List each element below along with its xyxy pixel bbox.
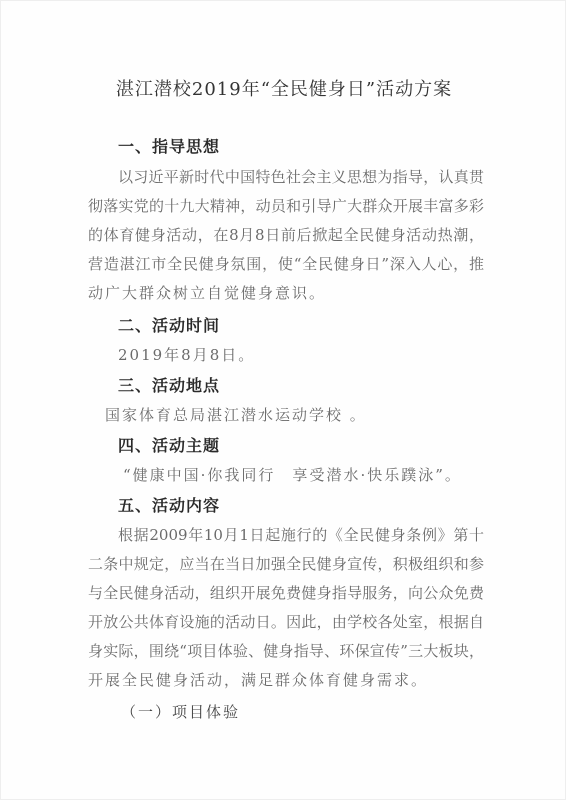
activity-location: 国家体育总局湛江潜水运动学校 。	[105, 404, 501, 425]
section-heading-activity-content: 五、活动内容	[118, 493, 220, 516]
paragraph-line: 彻落实党的十九大精神，动员和引导广大群众开展丰富多彩	[88, 195, 484, 216]
subheading-project-experience: （一）项目体验	[121, 701, 240, 722]
paragraph-line: 二条中规定，应当在当日加强全民健身宣传，积极组织和参	[88, 553, 484, 574]
paragraph-line: 身实际，围绕“项目体验、健身指导、环保宣传”三大板块，	[88, 640, 484, 661]
paragraph-line: 根据2009年10月1日起施行的《全民健身条例》第十	[118, 524, 484, 545]
paragraph-line: 营造湛江市全民健身氛围，使“全民健身日”深入人心，推	[88, 253, 484, 274]
section-heading-activity-time: 二、活动时间	[118, 313, 220, 336]
paragraph-line: 与全民健身活动，组织开展免费健身指导服务，向公众免费	[88, 582, 484, 603]
document-title: 湛江潜校2019年“全民健身日”活动方案	[1, 75, 566, 101]
section-heading-guiding-ideology: 一、指导思想	[118, 134, 220, 157]
paragraph-line: 开展全民健身活动，满足群众体育健身需求。	[88, 669, 484, 690]
activity-date: 2019年8月8日。	[118, 344, 484, 365]
activity-theme: “健康中国·你我同行 享受潜水·快乐蹼泳”。	[123, 464, 489, 485]
section-heading-activity-location: 三、活动地点	[118, 373, 220, 396]
paragraph-line: 动广大群众树立自觉健身意识。	[88, 282, 484, 303]
paragraph-line: 以习近平新时代中国特色社会主义思想为指导，认真贯	[118, 166, 484, 187]
document-page: 湛江潜校2019年“全民健身日”活动方案 一、指导思想 以习近平新时代中国特色社…	[0, 0, 566, 800]
paragraph-line: 的体育健身活动，在8月8日前后掀起全民健身活动热潮，	[88, 224, 484, 245]
section-heading-activity-theme: 四、活动主题	[118, 433, 220, 456]
paragraph-line: 开放公共体育设施的活动日。因此，由学校各处室，根据自	[88, 611, 484, 632]
